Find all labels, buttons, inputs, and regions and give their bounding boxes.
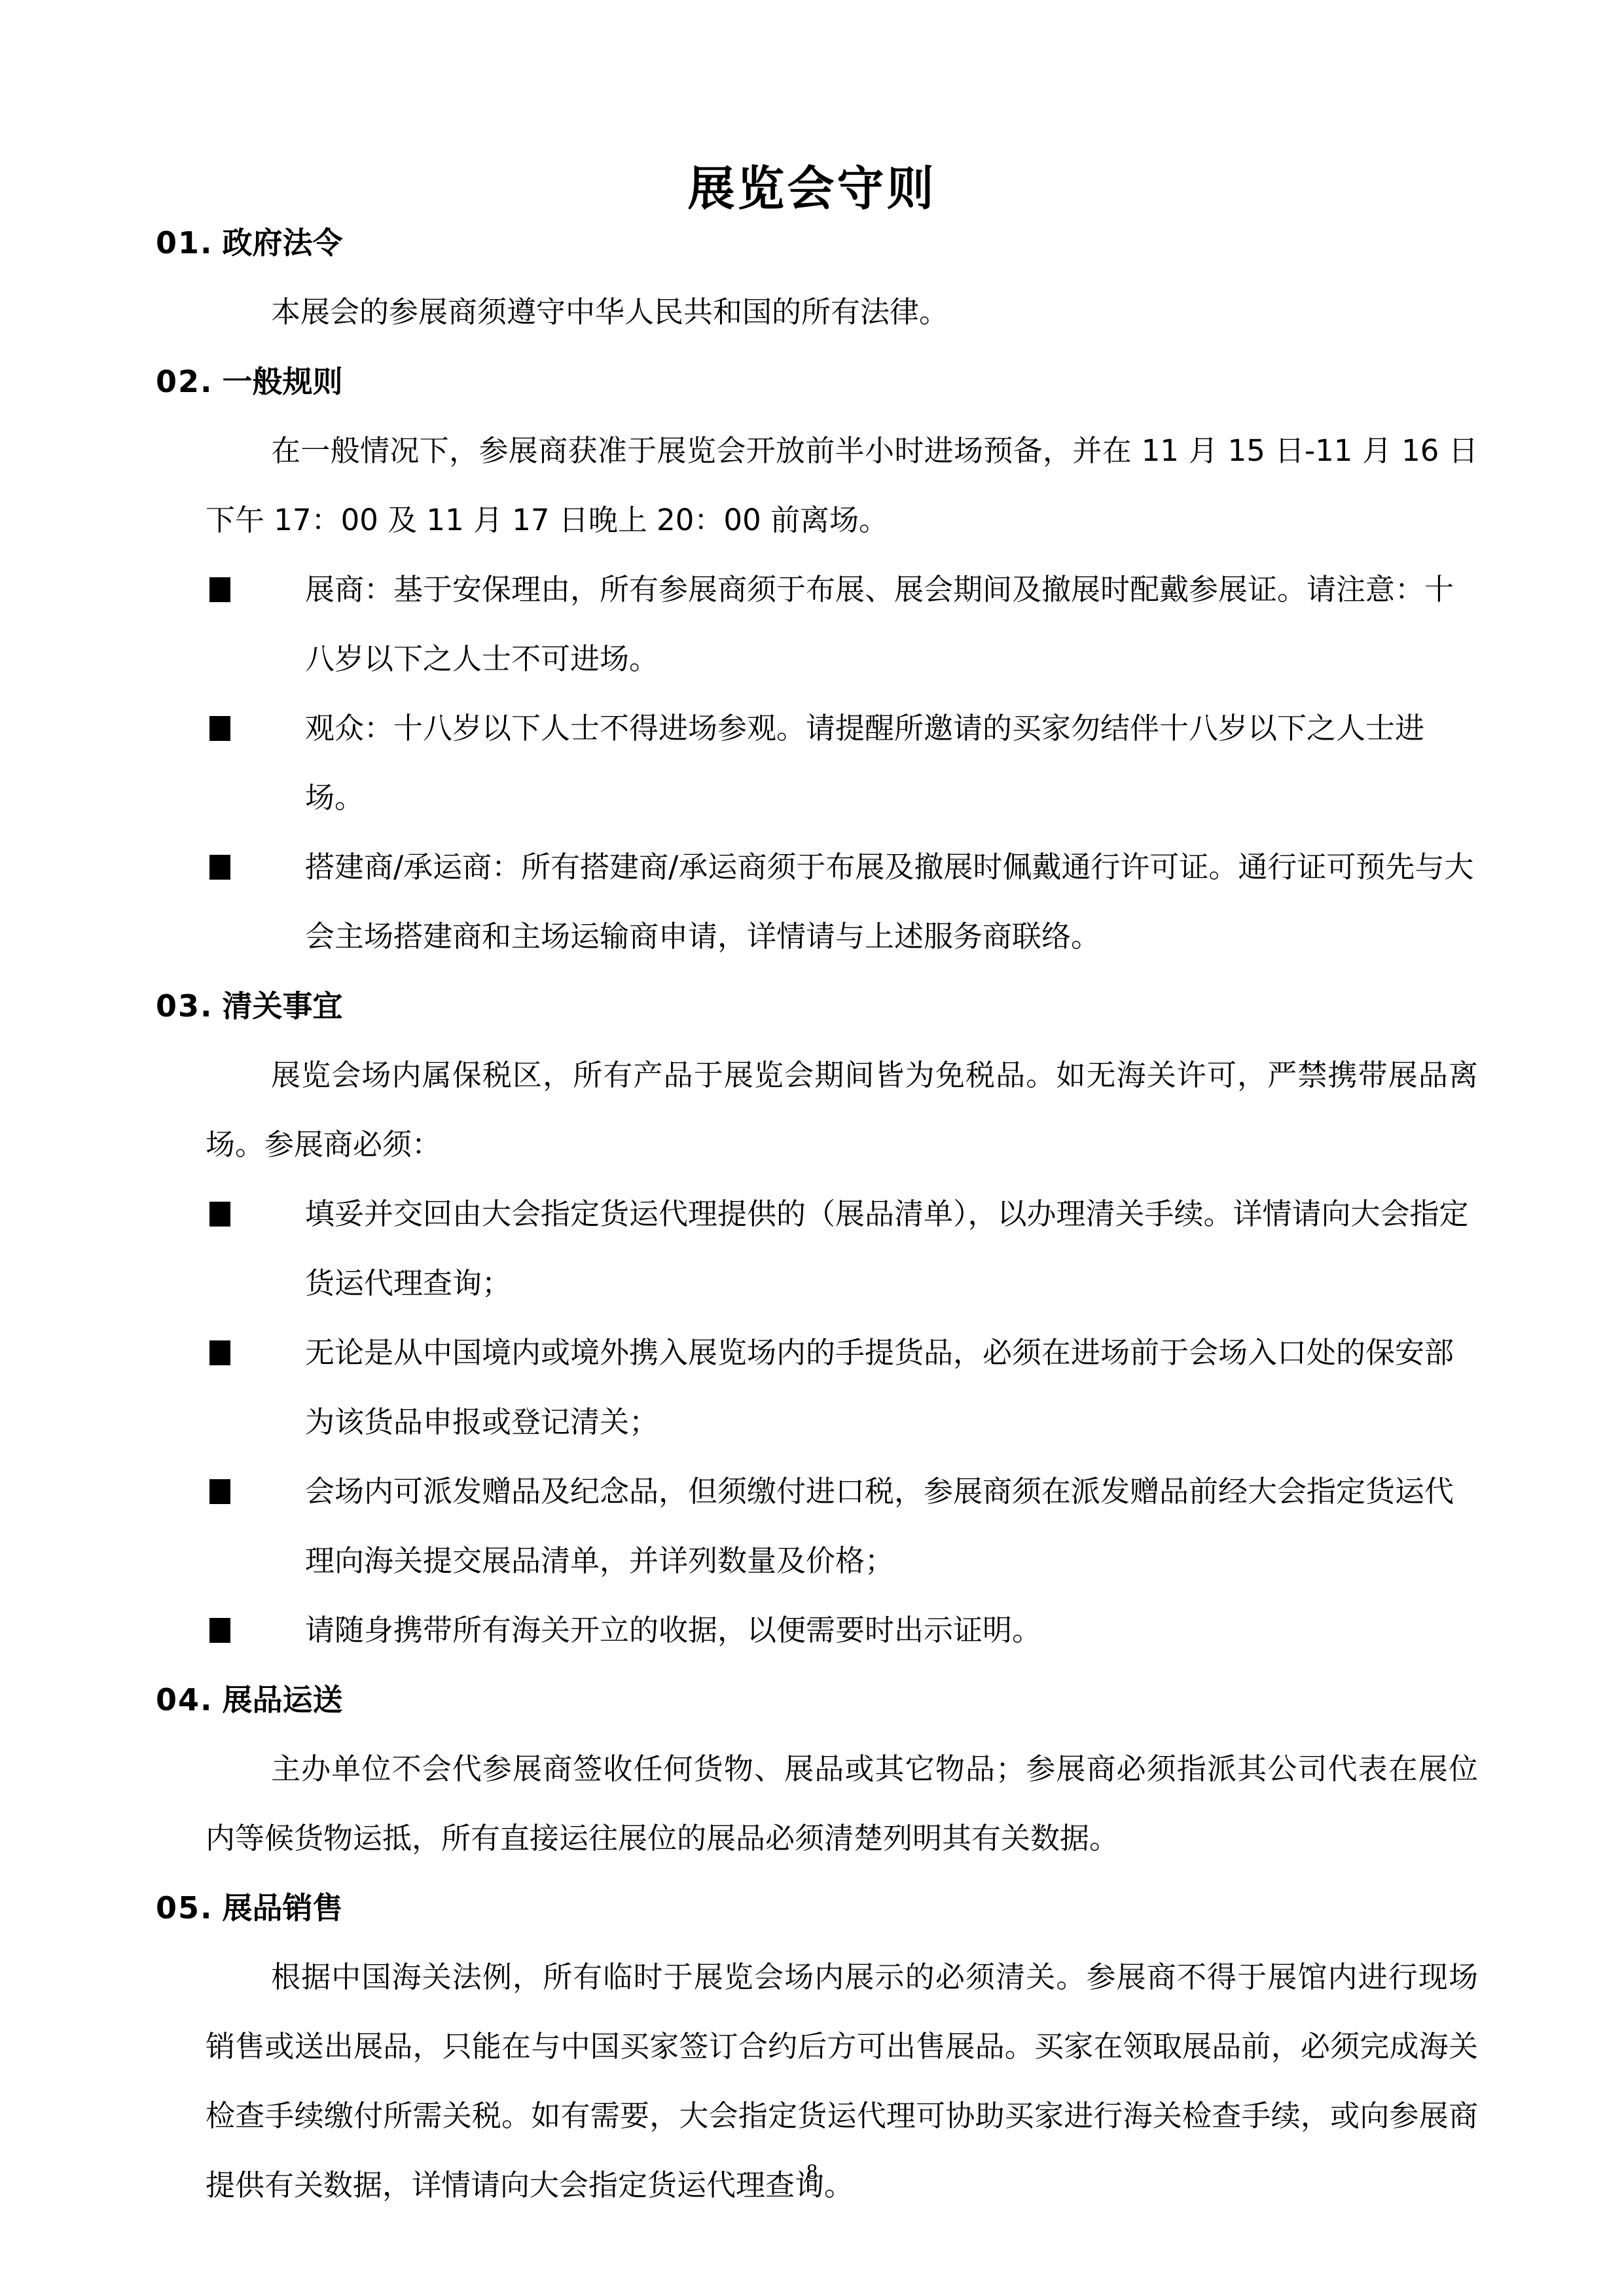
section-03: 03. 清关事宜 展览会场内属保税区，所有产品于展览会期间皆为免税品。如无海关许… xyxy=(156,971,1478,1665)
section-title: 展品销售 xyxy=(223,1888,343,1928)
page-number: 8 xyxy=(0,2160,1624,2185)
square-bullet-icon xyxy=(209,716,230,741)
bullet-text: 展商：基于安保理由，所有参展商须于布展、展会期间及撤展时配戴参展证。请注意：十八… xyxy=(305,572,1454,676)
square-bullet-icon xyxy=(209,1340,230,1365)
section-heading: 05. 展品销售 xyxy=(156,1873,1478,1943)
section-heading: 02. 一般规则 xyxy=(156,347,1478,416)
bullet-text: 填妥并交回由大会指定货运代理提供的（展品清单），以办理清关手续。详情请向大会指定… xyxy=(305,1196,1469,1300)
bullet-text: 搭建商/承运商：所有搭建商/承运商须于布展及撤展时佩戴通行许可证。通行证可预先与… xyxy=(305,850,1473,954)
paragraph: 本展会的参展商须遵守中华人民共和国的所有法律。 xyxy=(206,278,1478,347)
section-04: 04. 展品运送 主办单位不会代参展商签收任何货物、展品或其它物品；参展商必须指… xyxy=(156,1665,1478,1873)
section-heading: 01. 政府法令 xyxy=(156,208,1478,278)
section-title: 清关事宜 xyxy=(223,986,343,1026)
bullet-item: 请随身携带所有海关开立的收据，以便需要时出示证明。 xyxy=(209,1596,1478,1665)
square-bullet-icon xyxy=(209,855,230,880)
section-01: 01. 政府法令 本展会的参展商须遵守中华人民共和国的所有法律。 xyxy=(156,208,1478,347)
square-bullet-icon xyxy=(209,1479,230,1504)
bullet-item: 展商：基于安保理由，所有参展商须于布展、展会期间及撤展时配戴参展证。请注意：十八… xyxy=(209,555,1478,694)
bullet-text: 请随身携带所有海关开立的收据，以便需要时出示证明。 xyxy=(305,1613,1041,1647)
section-number: 02. xyxy=(156,361,213,402)
section-title: 一般规则 xyxy=(223,361,343,402)
section-heading: 03. 清关事宜 xyxy=(156,971,1478,1041)
section-02: 02. 一般规则 在一般情况下，参展商获准于展览会开放前半小时进场预备，并在 1… xyxy=(156,347,1478,971)
section-heading: 04. 展品运送 xyxy=(156,1665,1478,1734)
bullet-item: 填妥并交回由大会指定货运代理提供的（展品清单），以办理清关手续。详情请向大会指定… xyxy=(209,1179,1478,1318)
bullet-text: 无论是从中国境内或境外携入展览场内的手提货品，必须在进场前于会场入口处的保安部为… xyxy=(305,1335,1454,1439)
bullet-item: 观众：十八岁以下人士不得进场参观。请提醒所邀请的买家勿结伴十八岁以下之人士进场。 xyxy=(209,694,1478,833)
paragraph: 在一般情况下，参展商获准于展览会开放前半小时进场预备，并在 11 月 15 日-… xyxy=(206,416,1478,555)
paragraph: 主办单位不会代参展商签收任何货物、展品或其它物品；参展商必须指派其公司代表在展位… xyxy=(206,1734,1478,1873)
square-bullet-icon xyxy=(209,577,230,602)
section-number: 05. xyxy=(156,1888,213,1928)
bullet-item: 搭建商/承运商：所有搭建商/承运商须于布展及撤展时佩戴通行许可证。通行证可预先与… xyxy=(209,833,1478,971)
bullet-text: 观众：十八岁以下人士不得进场参观。请提醒所邀请的买家勿结伴十八岁以下之人士进场。 xyxy=(305,711,1424,815)
square-bullet-icon xyxy=(209,1202,230,1227)
section-title: 展品运送 xyxy=(223,1679,343,1720)
section-title: 政府法令 xyxy=(223,223,343,263)
section-number: 01. xyxy=(156,223,213,263)
bullet-item: 会场内可派发赠品及纪念品，但须缴付进口税，参展商须在派发赠品前经大会指定货运代理… xyxy=(209,1457,1478,1596)
bullet-text: 会场内可派发赠品及纪念品，但须缴付进口税，参展商须在派发赠品前经大会指定货运代理… xyxy=(305,1474,1454,1578)
section-number: 04. xyxy=(156,1679,213,1720)
bullet-item: 无论是从中国境内或境外携入展览场内的手提货品，必须在进场前于会场入口处的保安部为… xyxy=(209,1318,1478,1457)
square-bullet-icon xyxy=(209,1618,230,1643)
paragraph: 展览会场内属保税区，所有产品于展览会期间皆为免税品。如无海关许可，严禁携带展品离… xyxy=(206,1041,1478,1179)
document-body: 01. 政府法令 本展会的参展商须遵守中华人民共和国的所有法律。 02. 一般规… xyxy=(156,208,1478,2220)
section-number: 03. xyxy=(156,986,213,1026)
